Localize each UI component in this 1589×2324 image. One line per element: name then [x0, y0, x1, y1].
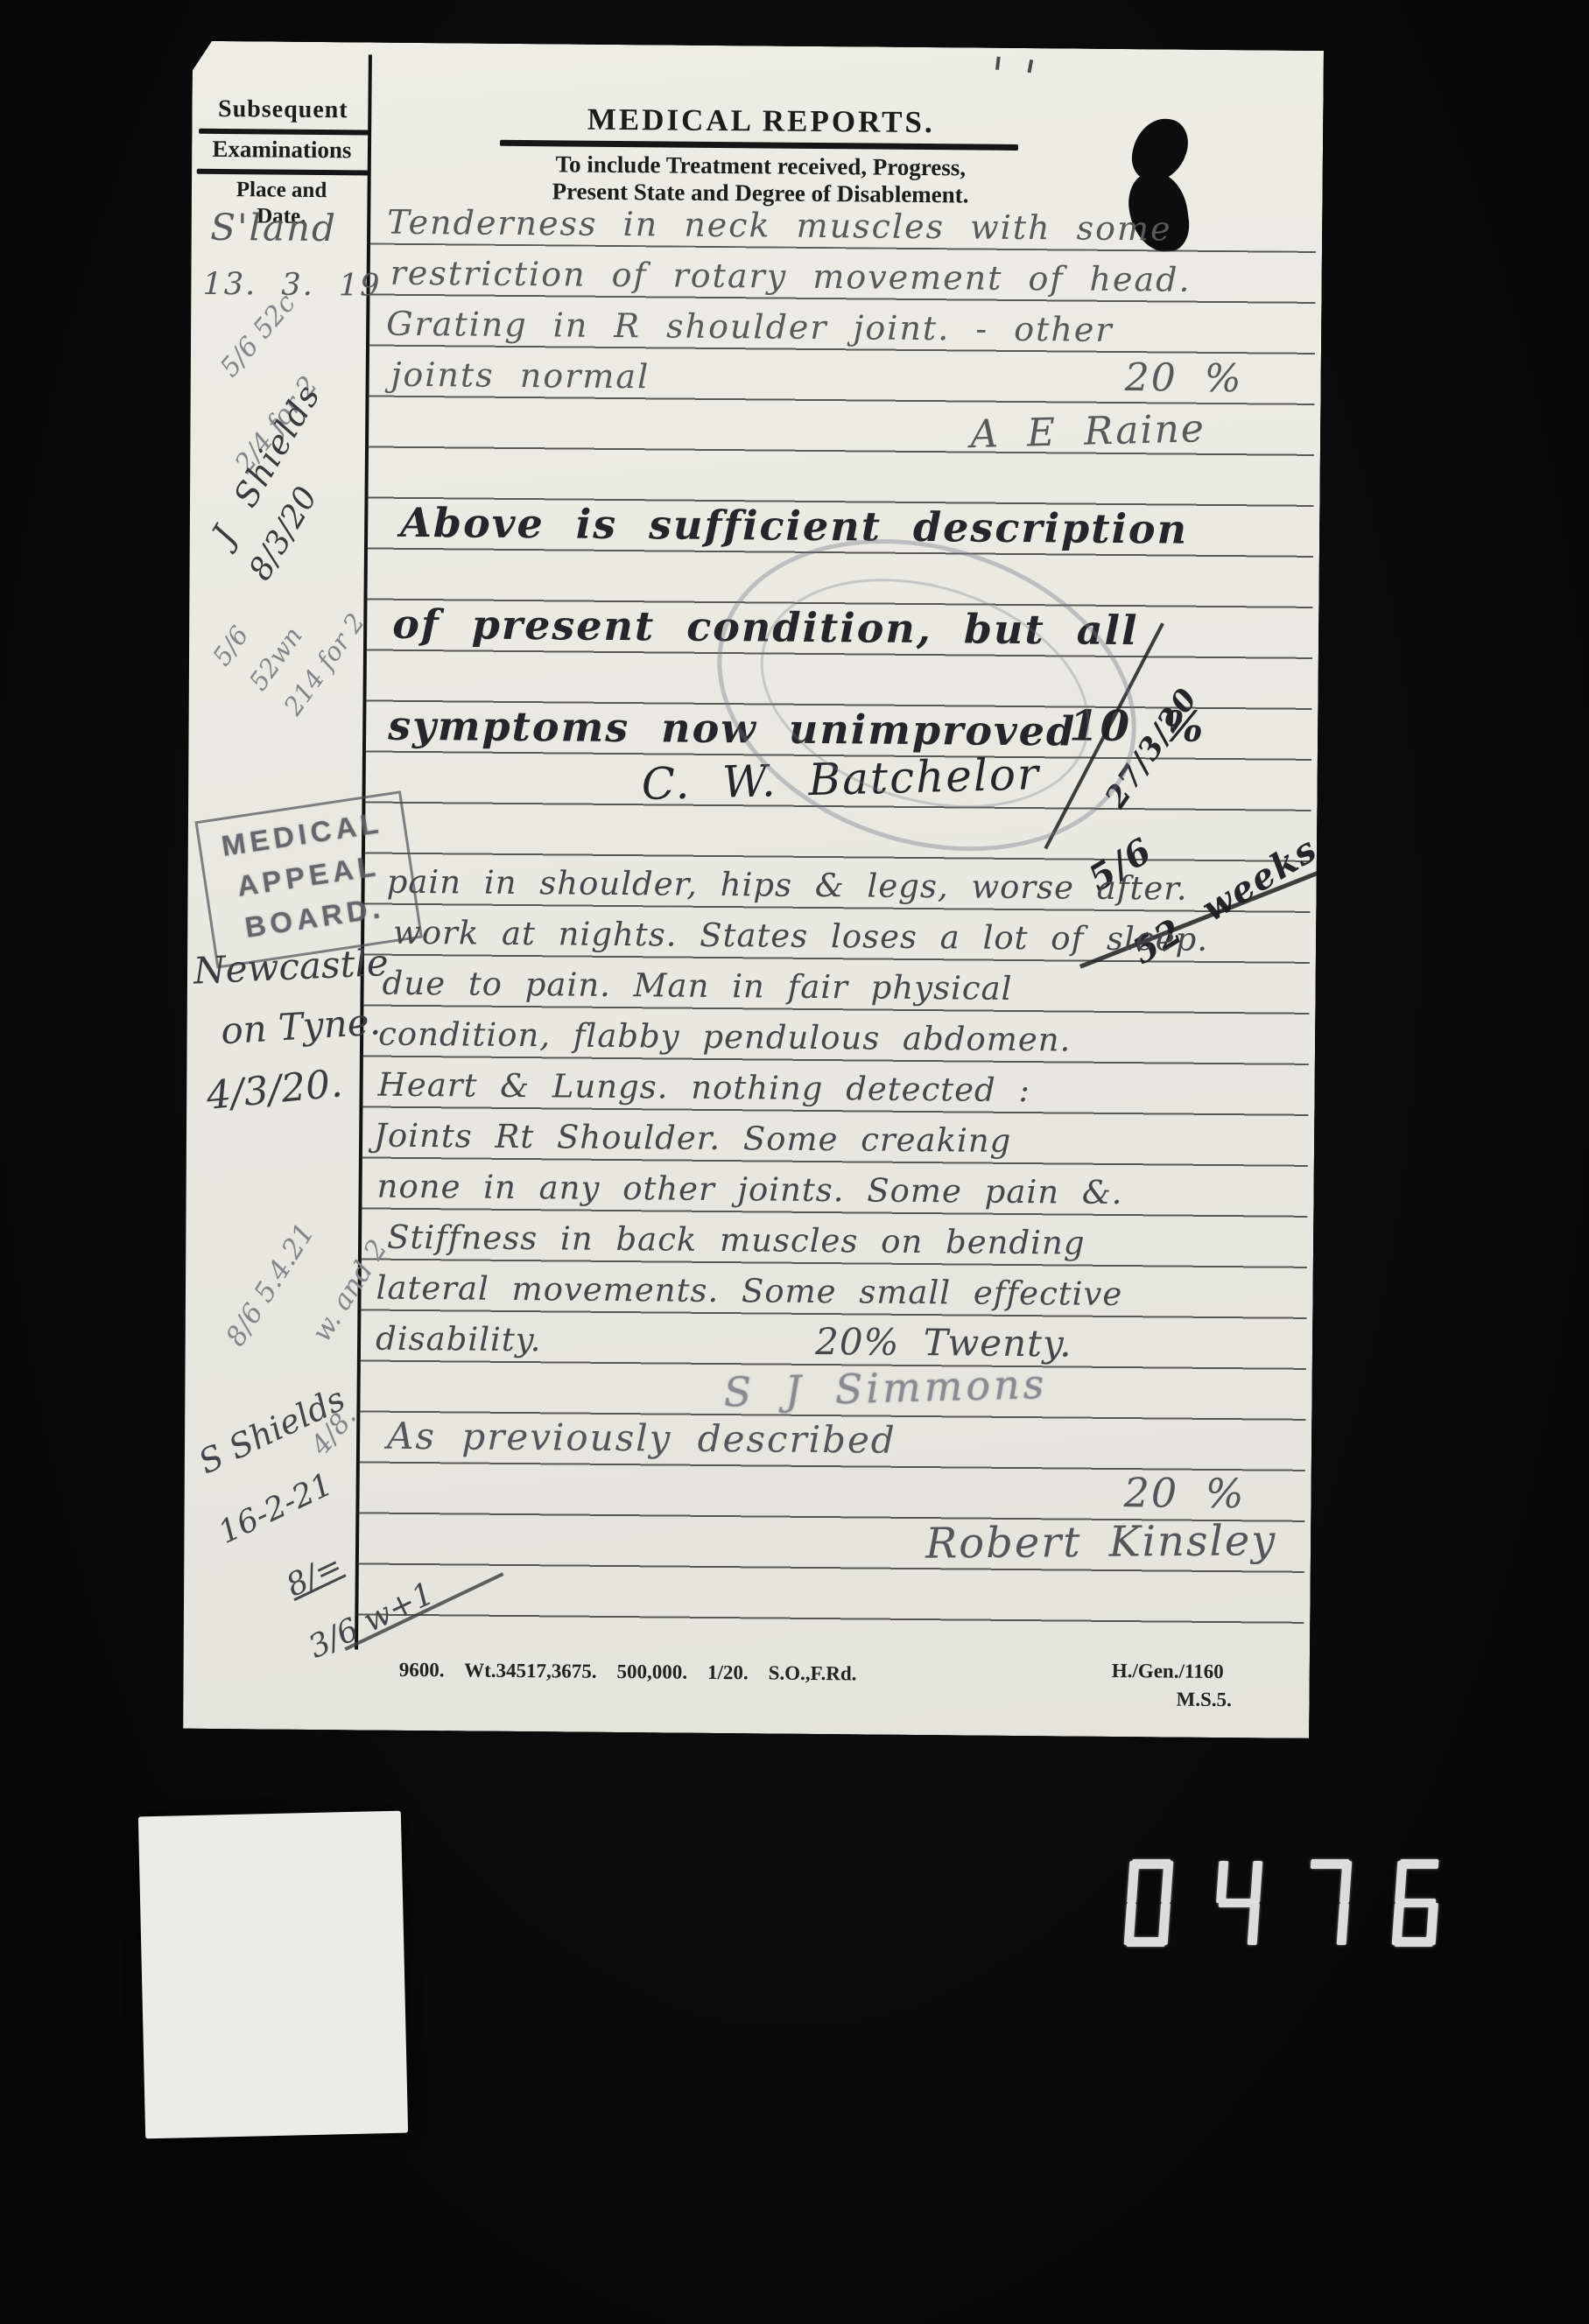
counter-digit	[1124, 1859, 1174, 1947]
frame-counter	[1124, 1859, 1487, 1947]
counter-digit	[1303, 1859, 1353, 1947]
entry2-line1: Above is sufficient description	[400, 499, 1188, 553]
entry3-line9: lateral movements. Some small effective	[376, 1269, 1122, 1313]
reference-line-2: M.S.5.	[1176, 1689, 1231, 1712]
header-rule-2	[197, 169, 369, 176]
entry3-place-1: Newcastle	[193, 941, 390, 993]
microfilm-frame: Subsequent Examinations Place and Date. …	[0, 0, 1589, 2324]
column-header-place: Place and	[198, 178, 364, 204]
entry3-line6: Joints Rt Shoulder. Some creaking	[374, 1117, 1012, 1160]
entry1-margin-note-1: 5/6 52c	[214, 288, 302, 383]
column-header-subsequent: Subsequent	[199, 95, 367, 125]
entry3-percent: 20% Twenty.	[815, 1320, 1072, 1366]
entry4-margin-note-1: 8/6 5.4.21	[220, 1218, 320, 1352]
entry2-margin-note-1: 5/6	[207, 621, 255, 671]
entry3-line10: disability.	[376, 1320, 542, 1359]
entry3-line7: none in any other joints. Some pain &.	[376, 1168, 1122, 1211]
entry3-line3: due to pain. Man in fair physical	[382, 965, 1012, 1008]
entry3-signature: S J Simmons	[723, 1360, 1048, 1416]
entry1-line1: Tenderness in neck muscles with some	[387, 203, 1172, 249]
entry1-signature: A E Raine	[970, 406, 1206, 457]
reference-line-1: H./Gen./1160	[1112, 1660, 1224, 1683]
entry1-date: 13. 3. 19	[202, 267, 381, 304]
entry4-date: 16-2-21	[213, 1466, 338, 1551]
counter-digit	[1392, 1859, 1442, 1947]
entry1-line3: Grating in R shoulder joint. - other	[386, 305, 1114, 349]
entry3-line8: Stiffness in back muscles on bending	[387, 1218, 1086, 1262]
page-title: MEDICAL REPORTS.	[367, 100, 1155, 142]
title-rule	[500, 140, 1018, 151]
blank-card	[138, 1811, 408, 2139]
entry4-margin-note-4: 8/=	[281, 1548, 348, 1604]
medical-report-page: Subsequent Examinations Place and Date. …	[178, 41, 1324, 1738]
entry1-place: S'land	[210, 206, 337, 249]
counter-digit	[1213, 1859, 1263, 1947]
entry4-line1: As previously described	[387, 1415, 896, 1462]
entry1-line4: joints normal	[391, 355, 650, 397]
stray-mark	[995, 57, 1001, 70]
entry3-line1: pain in shoulder, hips & legs, worse aft…	[386, 863, 1187, 908]
imprint-line: 9600. Wt.34517,3675. 500,000. 1/20. S.O.…	[399, 1659, 857, 1686]
entry3-date: 4/3/20.	[205, 1061, 345, 1119]
entry2-margin-note-3: 214 for 2	[278, 607, 370, 720]
entry4-percent: 20 %	[1123, 1469, 1245, 1517]
stray-mark	[1028, 60, 1034, 73]
entry3-place-2: on Tyne.	[220, 1000, 382, 1052]
entry1-percent: 20 %	[1125, 355, 1243, 401]
entry4-signature: Robert Kinsley	[925, 1516, 1277, 1568]
entry3-line4: condition, flabby pendulous abdomen.	[378, 1015, 1072, 1059]
entry1-line2: restriction of rotary movement of head.	[390, 254, 1192, 299]
entry3-line2: work at nights. States loses a lot of sl…	[393, 914, 1208, 958]
column-header-examinations: Examinations	[195, 136, 369, 165]
entry3-line5: Heart & Lungs. nothing detected :	[377, 1066, 1030, 1110]
header-rule-1	[199, 129, 369, 136]
